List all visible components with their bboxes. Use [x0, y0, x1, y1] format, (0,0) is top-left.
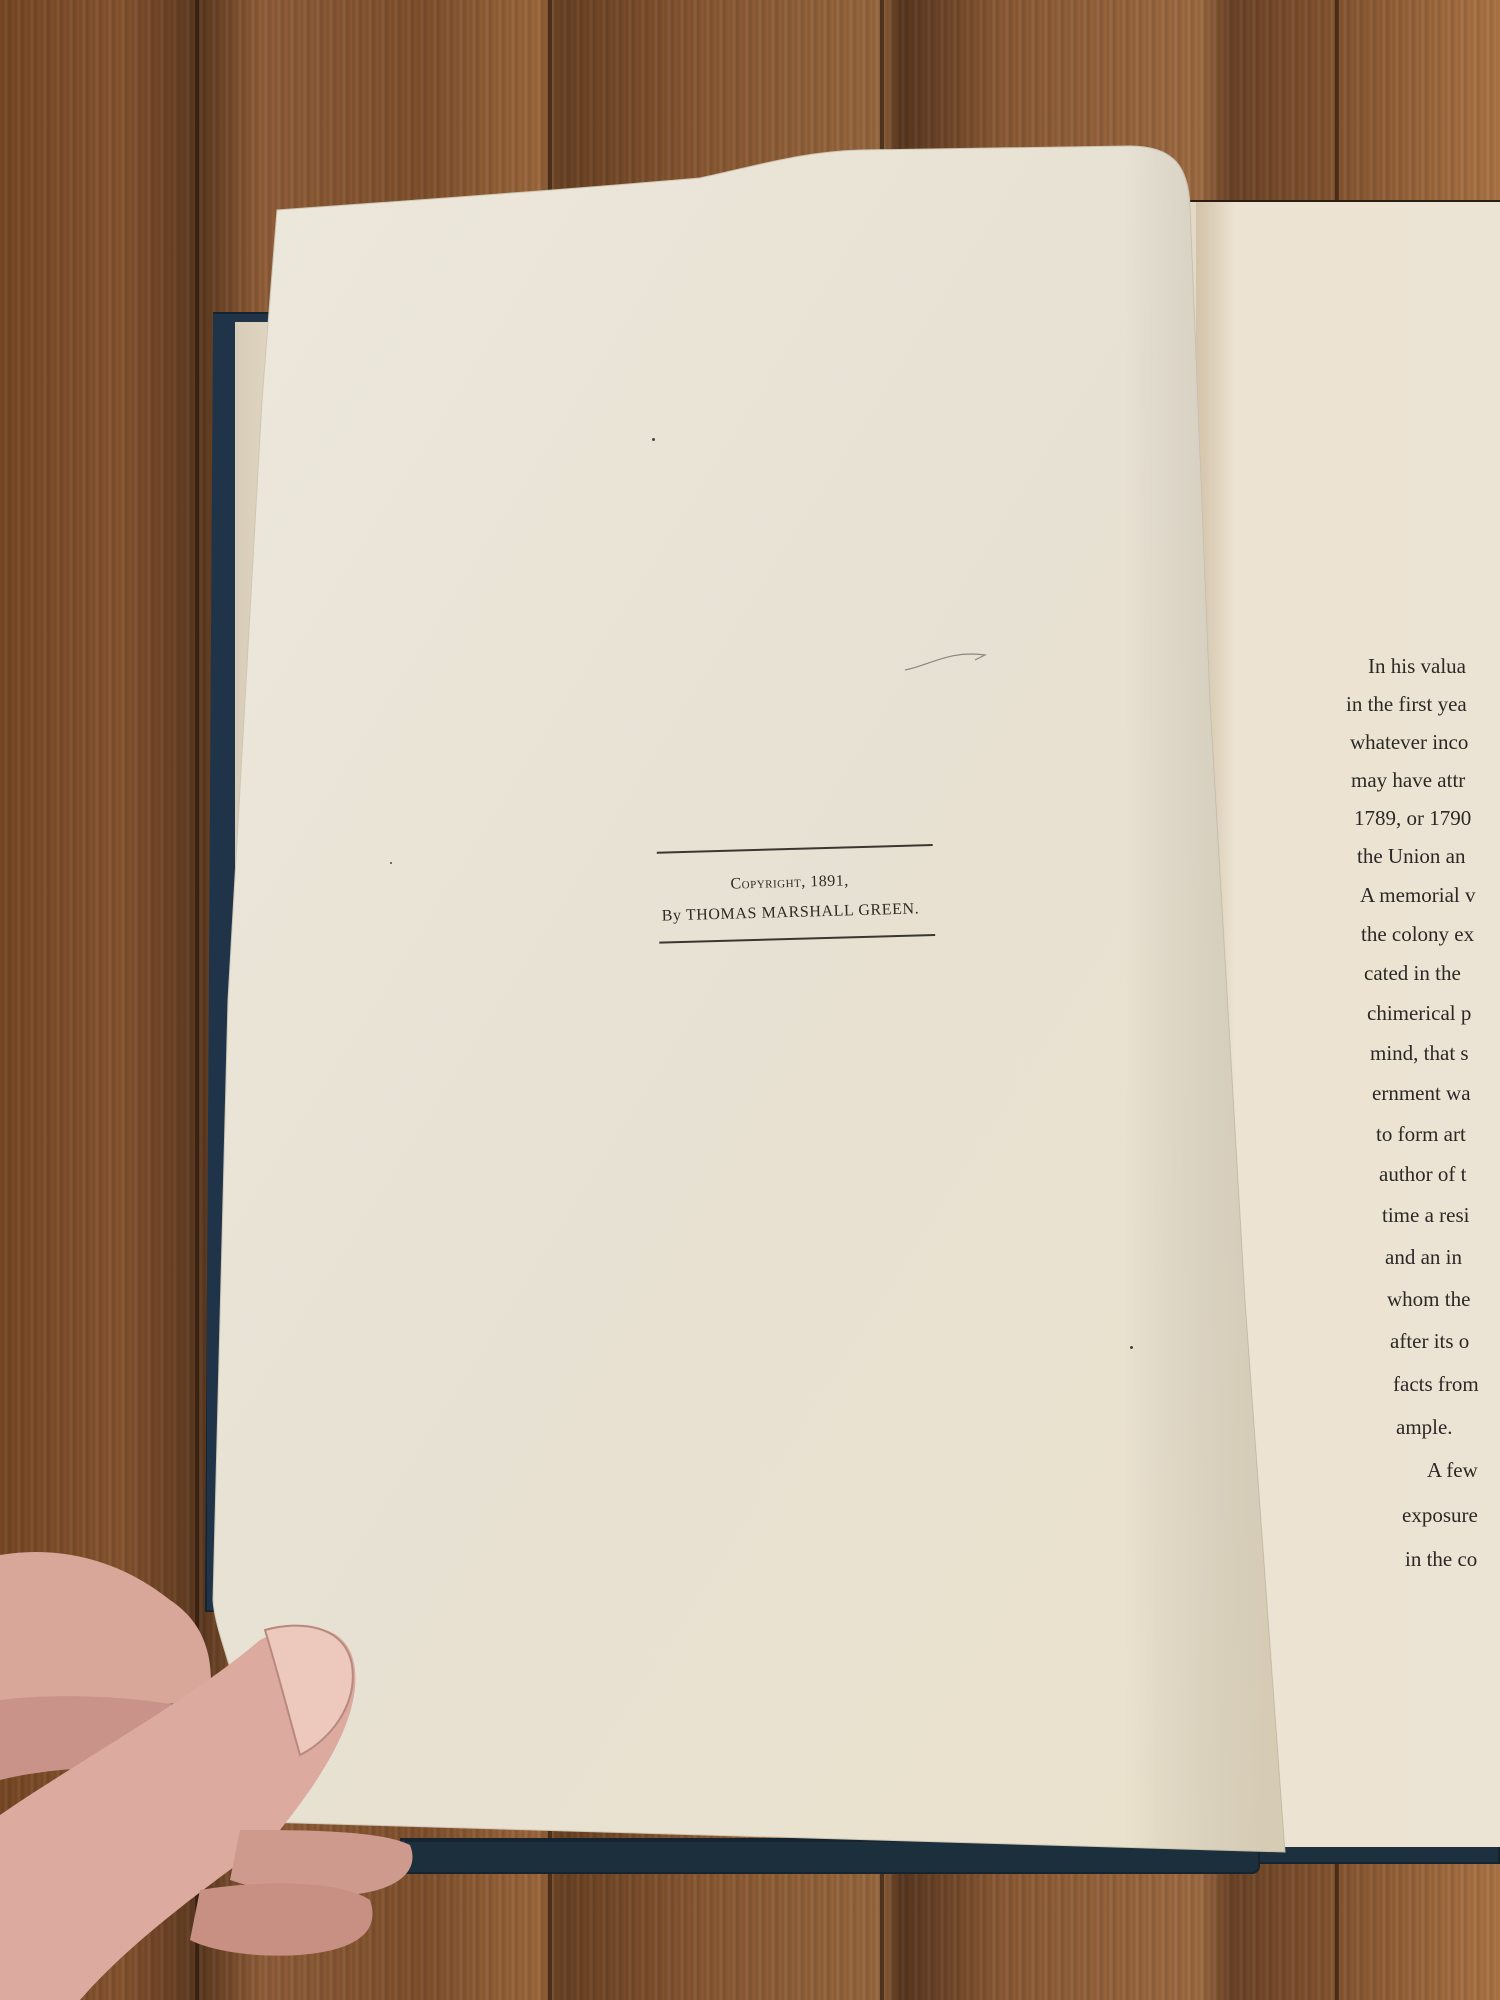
- copyright-year: Copyright, 1891,: [599, 869, 979, 898]
- rule-divider: [657, 844, 933, 854]
- photo-scene: In his valua in the first yea whatever i…: [0, 0, 1500, 2000]
- rule-divider: [659, 934, 935, 944]
- paper-speck: [1130, 1346, 1133, 1349]
- copyright-notice: Copyright, 1891, By THOMAS MARSHALL GREE…: [598, 825, 981, 966]
- paper-speck: [390, 862, 392, 864]
- left-page: [0, 0, 1500, 2000]
- paper-speck: [652, 438, 655, 441]
- copyright-author: By THOMAS MARSHALL GREEN.: [600, 899, 980, 928]
